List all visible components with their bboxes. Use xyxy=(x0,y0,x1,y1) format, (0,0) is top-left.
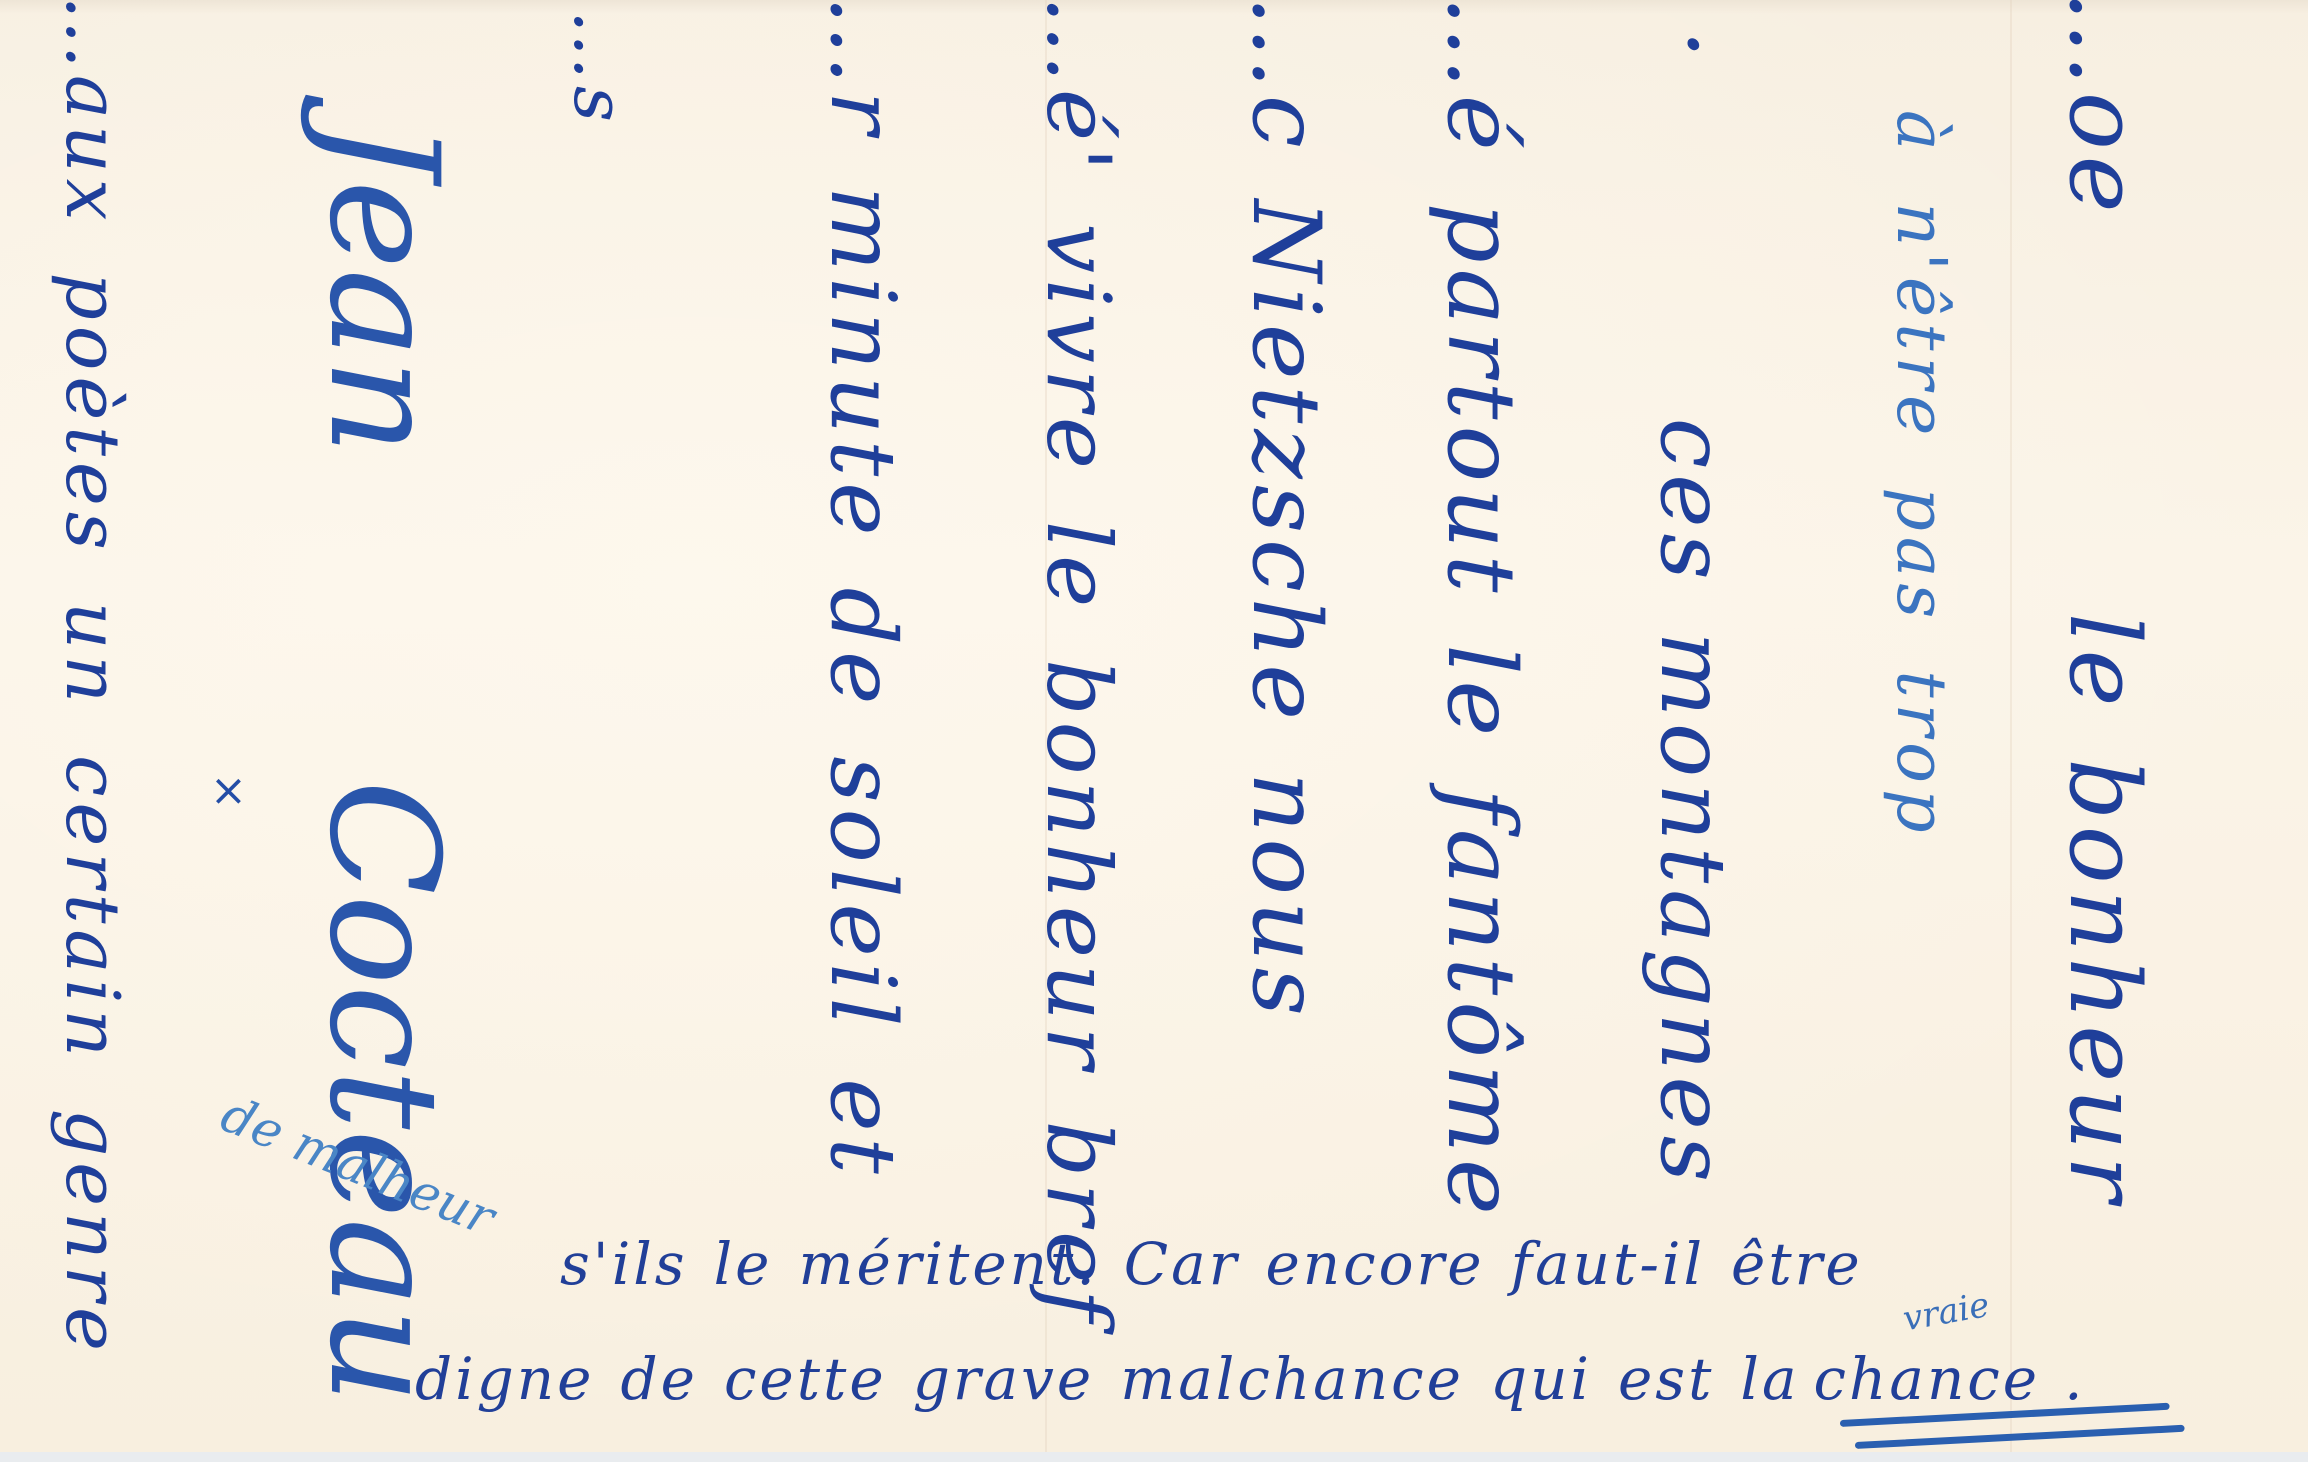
word: certain xyxy=(49,755,135,1063)
word: montagnes xyxy=(1640,632,1745,1188)
word: bonheur xyxy=(1027,659,1130,1074)
word: être xyxy=(1731,1230,1863,1298)
word: chance xyxy=(1814,1345,2041,1413)
bottom-line-2: dignedecettegravemalchancequiestlachance… xyxy=(415,1345,2086,1413)
fragment: …é xyxy=(1426,0,1535,157)
word: malchance xyxy=(1120,1345,1464,1413)
word: le xyxy=(1426,644,1535,742)
word: et xyxy=(810,1078,915,1179)
fragment: …aux xyxy=(49,0,135,227)
word: qui xyxy=(1490,1345,1592,1413)
word: Car xyxy=(1124,1230,1240,1298)
word: un xyxy=(49,602,135,709)
column-11: …auxpoètesuncertaingenre xyxy=(49,0,135,1403)
fragment: …s xyxy=(558,10,640,128)
word: minute xyxy=(810,186,915,541)
word: poètes xyxy=(49,273,135,556)
fragment: …c xyxy=(1231,0,1340,154)
fragment: …oe xyxy=(2048,0,2160,219)
word: le xyxy=(714,1230,773,1298)
signature-last-name: Cocteau xyxy=(296,780,470,1404)
word: le xyxy=(1027,521,1130,613)
signature-first-name: Jean xyxy=(296,120,470,455)
word: grave xyxy=(913,1345,1095,1413)
word: pas xyxy=(1881,487,1960,624)
word: fantôme xyxy=(1426,788,1535,1221)
word: bonheur xyxy=(2048,758,2160,1207)
word: . xyxy=(2064,1345,2085,1413)
column-6: …é'vivrelebonheurbref xyxy=(1027,0,1130,1374)
word: la xyxy=(1740,1345,1799,1413)
word: de xyxy=(810,588,915,711)
signature-cross-mark: × xyxy=(210,765,247,816)
word: nous xyxy=(1231,772,1340,1022)
column-2: àn'êtrepastrop xyxy=(1881,110,1960,885)
column-1: …oe…soitlebonheur xyxy=(2048,0,2160,1254)
word: cette xyxy=(724,1345,887,1413)
column-4: …épartoutlefantôme xyxy=(1426,0,1535,1267)
word: à xyxy=(1881,110,1960,157)
word: s'ils xyxy=(560,1230,688,1298)
fragment: …é' xyxy=(1027,0,1130,177)
column-5: …cNietzschenous xyxy=(1231,0,1340,1068)
word: le xyxy=(2048,613,2160,713)
word: faut-il xyxy=(1511,1230,1705,1298)
word: de xyxy=(620,1345,697,1413)
word: vivre xyxy=(1027,223,1130,475)
word: trop xyxy=(1881,670,1960,838)
column-8-fragment: …s xyxy=(558,10,640,128)
word: soleil xyxy=(810,756,915,1032)
fragment: …r xyxy=(810,0,915,140)
word: est xyxy=(1618,1345,1714,1413)
word: n'être xyxy=(1881,203,1960,442)
bottom-line-1: s'ilsleméritent.Carencorefaut-ilêtre xyxy=(560,1230,1889,1298)
word: genre xyxy=(49,1109,135,1357)
scan-border xyxy=(0,1452,2308,1462)
paper-fold xyxy=(2010,0,2012,1452)
word: partout xyxy=(1426,203,1535,599)
word: encore xyxy=(1265,1230,1484,1298)
word: Nietzsche xyxy=(1231,200,1340,726)
column-7: …rminutedesoleilet xyxy=(810,0,915,1226)
column-3: ·…surcesmontagnes xyxy=(1640,30,1745,1234)
word: ces xyxy=(1640,418,1745,586)
fragment: · xyxy=(1640,30,1745,65)
paper-edge xyxy=(0,0,2308,14)
word: méritent. xyxy=(798,1230,1097,1298)
word: digne xyxy=(415,1345,594,1413)
